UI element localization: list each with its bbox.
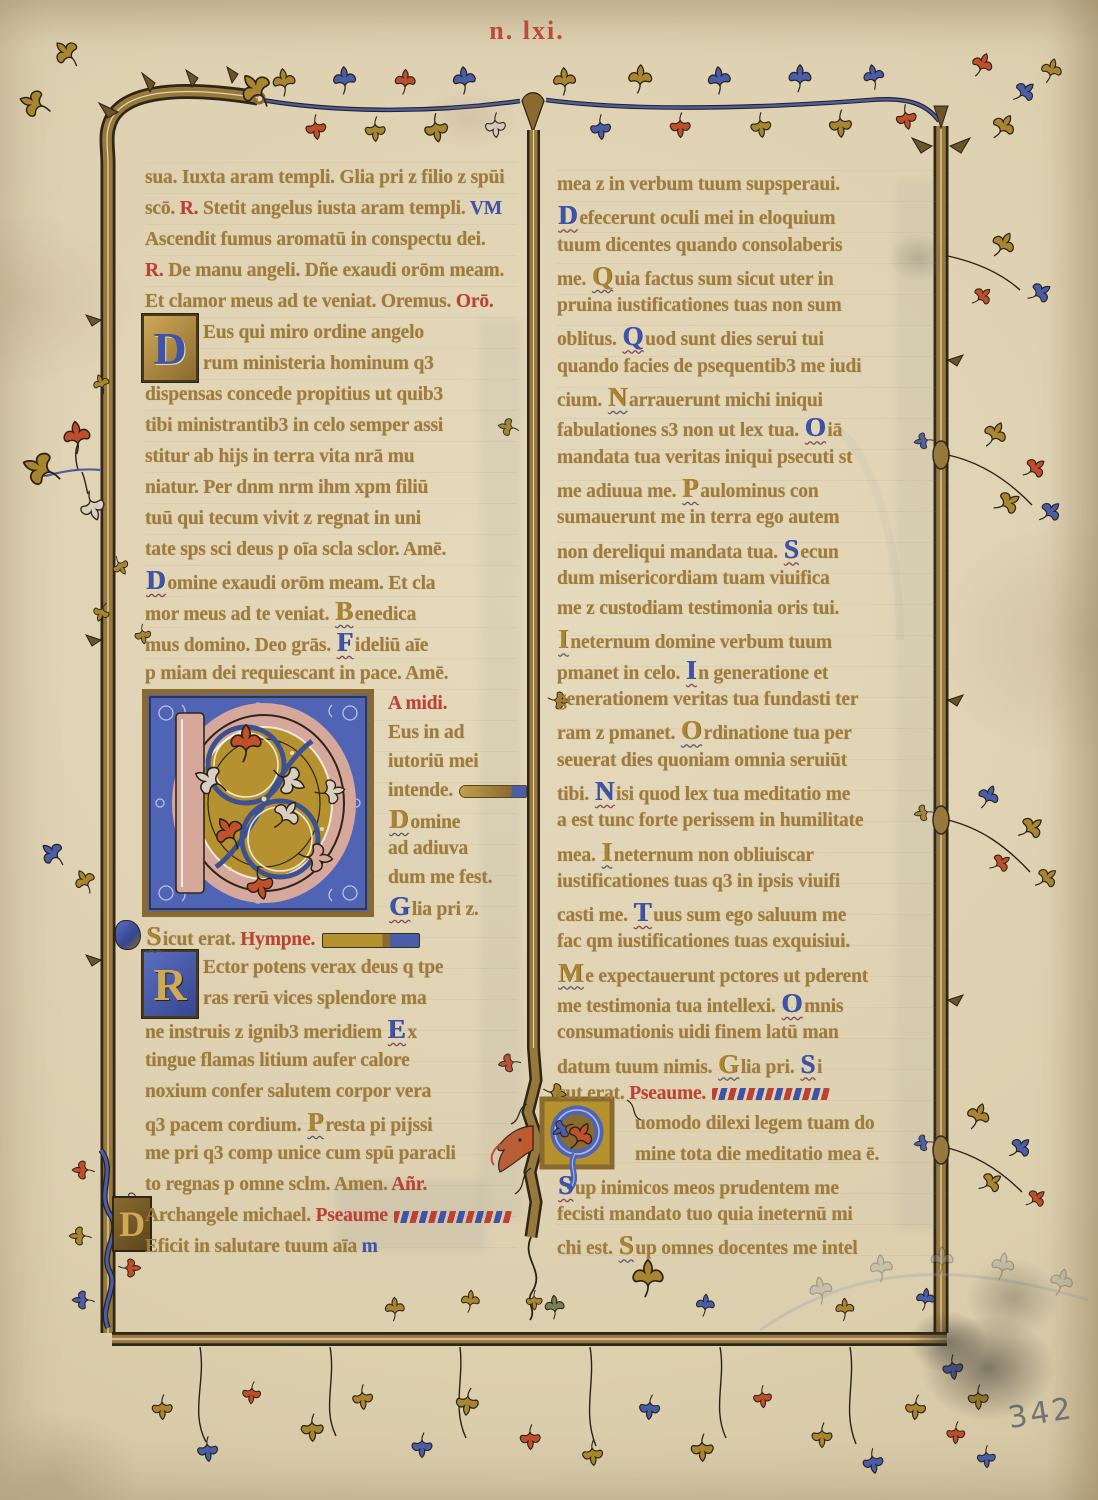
- text-line: Domine: [145, 805, 517, 834]
- ivy-spray-left: [18, 372, 152, 1309]
- body-text: p miam dei requiescant in pace. Amē.: [145, 663, 448, 684]
- versal-initial: E: [387, 1014, 408, 1044]
- rubric-text: Orō.: [456, 291, 494, 312]
- versal-initial: M: [557, 958, 585, 988]
- body-text: resta pi pijssi: [325, 1115, 432, 1136]
- body-text: mus domino. Deo grās.: [145, 635, 336, 656]
- body-text: tibi.: [557, 784, 594, 805]
- body-text: De manu angeli. Dñe exaudi orōm meam.: [168, 260, 504, 281]
- body-text: i: [817, 1057, 822, 1078]
- text-column-right: mea z in verbum tuum supsperaui.Defeceru…: [557, 170, 949, 1261]
- body-text: Eus qui miro ordine angelo: [203, 322, 424, 343]
- versal-initial: O: [780, 988, 804, 1018]
- body-text: oblitus.: [557, 329, 621, 350]
- body-text: stitur ab hijs in terra vita nrā mu: [145, 446, 414, 467]
- rubric-text: Añr.: [391, 1174, 427, 1195]
- ivy-leaves-top: [16, 35, 1063, 145]
- body-text: niatur. Per dnm nrm ihm xpm filiū: [145, 477, 428, 498]
- text-line: a est tunc forte perissem in humilitate: [557, 806, 949, 836]
- text-line: me pri q3 comp unice cum spū paracli: [145, 1138, 517, 1169]
- text-line: Eficit in salutare tuum aīa m: [145, 1231, 517, 1262]
- body-text: seuerat dies quoniam omnia seruiūt: [557, 750, 847, 771]
- blue-notation: m: [362, 1236, 378, 1257]
- body-text: n generatione et: [698, 663, 828, 684]
- body-text: ad adiuva: [388, 838, 468, 859]
- text-line: Archangele michael. Pseaume: [145, 1200, 517, 1231]
- body-text: fecisti mandato tuo quia ineternū mi: [557, 1204, 853, 1225]
- body-text: e expectauerunt pctores ut pderent: [585, 966, 868, 987]
- body-text: me z custodiam testimonia oris tui.: [557, 598, 839, 619]
- body-text: sumauerunt me in terra ego autem: [557, 507, 839, 528]
- text-line: scō. R. Stetit angelus iusta aram templi…: [145, 193, 517, 224]
- manuscript-leaf: n. lxi. 342 D R D: [0, 0, 1098, 1500]
- body-text: to regnas p omne sclm. Amen.: [145, 1174, 391, 1195]
- top-vine: [262, 93, 939, 132]
- text-line: me. Quia factus sum sicut uter in: [557, 261, 949, 291]
- rubric-text: R.: [145, 260, 168, 281]
- text-line: A midi.: [145, 689, 517, 718]
- body-text: tibi ministrantib3 in celo semper assi: [145, 415, 443, 436]
- text-column-left: D R D: [145, 162, 517, 1262]
- body-text: scō.: [145, 198, 180, 219]
- versal-initial: N: [607, 382, 629, 412]
- body-text: iā: [827, 420, 842, 441]
- body-text: me adiuua me.: [557, 481, 681, 502]
- folio-number: 342: [1006, 1391, 1077, 1436]
- text-line: dum me fest.: [145, 863, 517, 892]
- text-line: me testimonia tua intellexi. Omnis: [557, 988, 949, 1018]
- text-line: noxium confer salutem corpor vera: [145, 1076, 517, 1107]
- versal-initial: G: [388, 891, 412, 921]
- versal-initial: N: [594, 776, 616, 806]
- text-line: mandata tua veritas iniqui psecuti st: [557, 443, 949, 473]
- versal-initial: B: [334, 596, 355, 626]
- body-text: non dereliqui mandata tua.: [557, 542, 783, 563]
- body-text: consumationis uidi finem latū man: [557, 1022, 839, 1043]
- text-line: iustificationes tuas q3 in ipsis viuifi: [557, 867, 949, 897]
- text-line: pruina iustificationes tuas non sum: [557, 291, 949, 321]
- body-text: ecun: [800, 542, 838, 563]
- text-line: ras rerū vices splendore ma: [145, 983, 517, 1014]
- text-line: uomodo dilexi legem tuam do: [557, 1109, 949, 1139]
- text-line: q3 pacem cordium. Presta pi pijssi: [145, 1107, 517, 1138]
- text-line: to regnas p omne sclm. Amen. Añr.: [145, 1169, 517, 1200]
- body-text: lia pri.: [741, 1057, 799, 1078]
- rubric-text: Pseaume.: [629, 1083, 706, 1104]
- body-text: sua. Iuxta aram templi. Glia pri z filio…: [145, 167, 504, 188]
- versal-initial: D: [145, 565, 167, 595]
- body-text: up inimicos meos prudentem me: [575, 1178, 839, 1199]
- body-text: x: [407, 1022, 417, 1043]
- body-text: quando facies de psequentib3 me iudi: [557, 356, 861, 377]
- body-text: arrauerunt michi iniqui: [629, 390, 823, 411]
- body-text: aulominus con: [700, 481, 818, 502]
- blue-notation: VM: [470, 198, 502, 219]
- text-line: Defecerunt oculi mei in eloquium: [557, 200, 949, 230]
- body-text: mandata tua veritas iniqui psecuti st: [557, 447, 852, 468]
- text-line: mea. Ineternum non obliuiscar: [557, 837, 949, 867]
- text-line: Glia pri z.: [145, 892, 517, 921]
- body-text: tingue flamas litium aufer calore: [145, 1050, 410, 1071]
- text-line: mus domino. Deo grās. Fideliū aīe: [145, 627, 517, 658]
- body-text: dum me fest.: [388, 867, 492, 888]
- text-line: niatur. Per dnm nrm ihm xpm filiū: [145, 472, 517, 503]
- body-text: mea z in verbum tuum supsperaui.: [557, 174, 840, 195]
- versal-initial: T: [632, 897, 653, 927]
- versal-initial: S: [799, 1049, 817, 1079]
- body-text: uomodo dilexi legem tuam do: [635, 1113, 874, 1134]
- versal-initial: I: [557, 624, 570, 654]
- text-line: fabulationes s3 non ut lex tua. Oiā: [557, 412, 949, 442]
- text-line: non dereliqui mandata tua. Secun: [557, 534, 949, 564]
- body-text: intende.: [388, 780, 453, 801]
- text-line: tate sps sci deus p oīa scla sclor. Amē.: [145, 534, 517, 565]
- text-line: tuum dicentes quando consolaberis: [557, 231, 949, 261]
- body-text: me.: [557, 269, 591, 290]
- body-text: q3 pacem cordium.: [145, 1115, 306, 1136]
- body-text: ne instruis z ignib3 meridiem: [145, 1022, 387, 1043]
- text-line: Sup inimicos meos prudentem me: [557, 1170, 949, 1200]
- versal-initial: S: [617, 1230, 635, 1260]
- text-line: mea z in verbum tuum supsperaui.: [557, 170, 949, 200]
- body-text: rum ministeria hominum q3: [203, 353, 434, 374]
- body-text: Ascendit fumus aromatū in conspectu dei.: [145, 229, 486, 250]
- rubric-text: Hympne.: [240, 929, 315, 950]
- text-line: Eus qui miro ordine angelo: [145, 317, 517, 348]
- body-text: a est tunc forte perissem in humilitate: [557, 810, 863, 831]
- text-line: rum ministeria hominum q3: [145, 348, 517, 379]
- body-text: Archangele michael.: [145, 1205, 316, 1226]
- body-text: chi est.: [557, 1238, 617, 1259]
- versal-initial: D: [388, 804, 410, 834]
- body-text: tuum dicentes quando consolaberis: [557, 235, 842, 256]
- rubric-text: R.: [180, 198, 203, 219]
- body-text: uod sunt dies serui tui: [645, 329, 824, 350]
- text-line: quando facies de psequentib3 me iudi: [557, 352, 949, 382]
- body-text: me pri q3 comp unice cum spū paracli: [145, 1143, 456, 1164]
- text-line: Domine exaudi orōm meam. Et cla: [145, 565, 517, 596]
- versal-initial: I: [685, 655, 698, 685]
- body-text: dum misericordiam tuam viuifica: [557, 568, 830, 589]
- body-text: noxium confer salutem corpor vera: [145, 1081, 431, 1102]
- body-text: tuū qui tecum vivit z regnat in uni: [145, 508, 421, 529]
- versal-initial: Q: [591, 261, 615, 291]
- body-text: fac qm iustificationes tuas exquisiui.: [557, 931, 850, 952]
- versal-initial: P: [681, 473, 700, 503]
- versal-initial: O: [804, 412, 828, 442]
- text-line: Ineternum domine verbum tuum: [557, 624, 949, 654]
- text-line: cium. Narrauerunt michi iniqui: [557, 382, 949, 412]
- versal-initial: I: [600, 837, 613, 867]
- rubric-text: A midi.: [388, 693, 447, 714]
- text-line: dum misericordiam tuam viuifica: [557, 564, 949, 594]
- body-text: neternum non obliuiscar: [614, 845, 814, 866]
- body-text: mine tota die meditatio mea ē.: [635, 1144, 879, 1165]
- text-line: p miam dei requiescant in pace. Amē.: [145, 658, 517, 689]
- body-text: pmanet in celo.: [557, 663, 685, 684]
- versal-initial: Q: [621, 321, 645, 351]
- text-line: casti me. Tuus sum ego saluum me: [557, 897, 949, 927]
- text-line: Me expectauerunt pctores ut pderent: [557, 958, 949, 988]
- text-line: Et clamor meus ad te veniat. Oremus. Orō…: [145, 286, 517, 317]
- text-line: intende.: [145, 776, 517, 805]
- text-line: ad adiuva: [145, 834, 517, 863]
- line-filler-ornament: [394, 1211, 512, 1223]
- text-line: mor meus ad te veniat. Benedica: [145, 596, 517, 627]
- line-filler-ornament: [322, 933, 420, 948]
- text-line: Sicut erat. Hympne.: [145, 921, 517, 952]
- body-text: uia factus sum sicut uter in: [615, 269, 834, 290]
- body-text: icut erat.: [163, 929, 240, 950]
- body-text: fabulationes s3 non ut lex tua.: [557, 420, 804, 441]
- body-text: omine: [410, 812, 460, 833]
- versal-initial: S: [783, 534, 801, 564]
- body-text: mea.: [557, 845, 600, 866]
- body-text: ram z pmanet.: [557, 723, 680, 744]
- body-text: cium.: [557, 390, 607, 411]
- body-text: uus sum ego saluum me: [653, 905, 846, 926]
- body-text: lia pri z.: [412, 899, 479, 920]
- text-line: mine tota die meditatio mea ē.: [557, 1140, 949, 1170]
- text-line: dispensas concede propitius ut quib3: [145, 379, 517, 410]
- text-line: Ector potens verax deus q tpe: [145, 952, 517, 983]
- body-text: rdinatione tua per: [704, 723, 852, 744]
- versal-initial: D: [557, 200, 579, 230]
- body-text: isi quod lex tua meditatio me: [616, 784, 850, 805]
- body-text: neternum domine verbum tuum: [570, 632, 832, 653]
- text-line: Ascendit fumus aromatū in conspectu dei.: [145, 224, 517, 255]
- text-line: chi est. Sup omnes docentes me intel: [557, 1230, 949, 1260]
- text-line: me adiuua me. Paulominus con: [557, 473, 949, 503]
- text-line: tuū qui tecum vivit z regnat in uni: [145, 503, 517, 534]
- body-text: efecerunt oculi mei in eloquium: [579, 208, 835, 229]
- text-line: tibi ministrantib3 in celo semper assi: [145, 410, 517, 441]
- body-text: dispensas concede propitius ut quib3: [145, 384, 443, 405]
- body-text: enedica: [355, 604, 416, 625]
- body-text: up omnes docentes me intel: [635, 1238, 857, 1259]
- body-text: casti me.: [557, 905, 632, 926]
- rubric-text: Pseaume: [316, 1205, 388, 1226]
- text-line: sua. Iuxta aram templi. Glia pri z filio…: [145, 162, 517, 193]
- versal-initial: S: [145, 921, 163, 951]
- versal-initial: S: [557, 1170, 575, 1200]
- versal-initial: P: [306, 1107, 325, 1137]
- text-line: tibi. Nisi quod lex tua meditatio me: [557, 776, 949, 806]
- text-line: R. De manu angeli. Dñe exaudi orōm meam.: [145, 255, 517, 286]
- body-text: datum tuum nimis.: [557, 1057, 717, 1078]
- line-filler-ornament: [712, 1088, 830, 1100]
- body-text: mnis: [804, 996, 843, 1017]
- text-line: cut erat. Pseaume.: [557, 1079, 949, 1109]
- text-line: iutoriū mei: [145, 747, 517, 776]
- body-text: generationem veritas tua fundasti ter: [557, 689, 858, 710]
- body-text: ideliū aīe: [355, 635, 428, 656]
- line-filler-ornament: [459, 785, 527, 798]
- text-line: consumationis uidi finem latū man: [557, 1018, 949, 1048]
- text-line: datum tuum nimis. Glia pri. Si: [557, 1049, 949, 1079]
- body-text: Et clamor meus ad te veniat. Oremus.: [145, 291, 456, 312]
- text-line: fecisti mandato tuo quia ineternū mi: [557, 1200, 949, 1230]
- text-line: me z custodiam testimonia oris tui.: [557, 594, 949, 624]
- body-text: Eus in ad: [388, 722, 464, 743]
- text-line: ram z pmanet. Ordinatione tua per: [557, 715, 949, 745]
- text-line: oblitus. Quod sunt dies serui tui: [557, 321, 949, 351]
- body-text: tate sps sci deus p oīa scla sclor. Amē.: [145, 539, 446, 560]
- quire-heading: n. lxi.: [452, 16, 602, 46]
- body-text: Stetit angelus iusta aram templi.: [203, 198, 470, 219]
- body-text: pruina iustificationes tuas non sum: [557, 295, 841, 316]
- text-line: tingue flamas litium aufer calore: [145, 1045, 517, 1076]
- body-text: Eficit in salutare tuum aīa: [145, 1236, 362, 1257]
- text-line: seuerat dies quoniam omnia seruiūt: [557, 746, 949, 776]
- text-line: Eus in ad: [145, 718, 517, 747]
- body-text: iutoriū mei: [388, 751, 478, 772]
- text-line: ne instruis z ignib3 meridiem Ex: [145, 1014, 517, 1045]
- body-text: omine exaudi orōm meam. Et cla: [167, 573, 435, 594]
- versal-initial: O: [680, 715, 704, 745]
- body-text: ras rerū vices splendore ma: [203, 988, 427, 1009]
- text-line: pmanet in celo. In generatione et: [557, 655, 949, 685]
- body-text: iustificationes tuas q3 in ipsis viuifi: [557, 871, 840, 892]
- text-line: stitur ab hijs in terra vita nrā mu: [145, 441, 517, 472]
- body-text: me testimonia tua intellexi.: [557, 996, 780, 1017]
- body-text: cut erat.: [557, 1083, 629, 1104]
- marginal-ornament: [115, 920, 141, 950]
- text-line: sumauerunt me in terra ego autem: [557, 503, 949, 533]
- body-text: Ector potens verax deus q tpe: [203, 957, 443, 978]
- versal-initial: F: [336, 627, 355, 657]
- body-text: mor meus ad te veniat.: [145, 604, 334, 625]
- text-line: generationem veritas tua fundasti ter: [557, 685, 949, 715]
- versal-initial: G: [717, 1049, 741, 1079]
- ivy-leaves-bottom: [152, 1260, 996, 1475]
- text-line: fac qm iustificationes tuas exquisiui.: [557, 927, 949, 957]
